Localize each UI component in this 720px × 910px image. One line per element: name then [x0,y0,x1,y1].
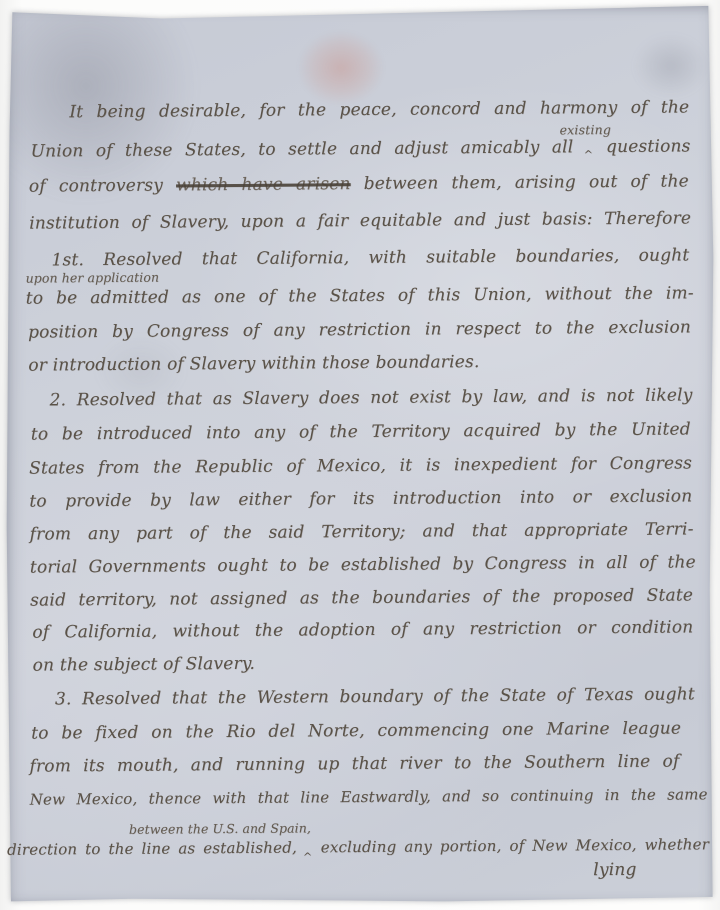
line-text: Union of these States, to settle and adj… [31,137,574,161]
caret-insertion-point: ^ [305,837,313,852]
insertion-text: upon her application [26,270,160,286]
line-text: to provide by law either for its introdu… [29,486,692,511]
handwriting-layer: It being desirable, for the peace, conco… [0,0,720,910]
insertion-text: existing [559,122,611,137]
manuscript-line: New Mexico, thence with that line Eastwa… [30,785,708,808]
line-text: between them, arising out of the [364,171,689,194]
manuscript-line: lying [593,860,636,880]
interlined-insertion: upon her application [26,270,160,286]
line-text: of controversy [29,176,163,197]
line-text: lying [593,860,636,880]
line-text: from its mouth, and running up that rive… [29,752,679,777]
line-text: excluding any portion, of New Mexico, wh… [321,835,709,856]
manuscript-line: to be admitted as one of the States of t… [26,283,694,308]
line-text: 2. Resolved that as Slavery does not exi… [49,385,692,410]
manuscript-line: on the subject of Slavery. [33,654,256,676]
line-text: of California, without the adoption of a… [32,617,693,642]
line-text: New Mexico, thence with that line Eastwa… [30,785,708,808]
manuscript-line: torial Governments ought to be establish… [30,552,696,577]
manuscript-line: to be introduced into any of the Territo… [31,419,691,444]
line-text: to be introduced into any of the Territo… [31,419,691,444]
line-text: position by Congress of any restriction … [28,317,691,342]
manuscript-line: said territory, not assigned as the boun… [30,585,693,610]
manuscript-line: to provide by law either for its introdu… [29,486,692,511]
manuscript-line: or introduction of Slavery within those … [28,352,479,376]
manuscript-line: institution of Slavery, upon a fair equi… [29,208,691,233]
manuscript-line: Union of these States, to settle and adj… [31,134,691,161]
line-text: States from the Republic of Mexico, it i… [29,453,692,478]
line-text: questions [606,136,691,157]
interlined-insertion: existing^ [586,135,594,152]
struck-text: which have arisen [176,174,351,195]
line-text: It being desirable, for the peace, conco… [69,97,689,122]
manuscript-line: of California, without the adoption of a… [32,617,693,642]
manuscript-line: position by Congress of any restriction … [28,317,691,342]
manuscript-line: States from the Republic of Mexico, it i… [29,453,692,478]
caret-mark: ^ [584,148,594,161]
line-text: to be fixed on the Rio del Norte, commen… [31,718,681,743]
line-text: 3. Resolved that the Western boundary of… [55,684,695,709]
line-text: institution of Slavery, upon a fair equi… [29,208,691,233]
manuscript-line: direction to the line as established, ^ … [7,834,709,859]
manuscript-line: 1st. Resolved that California, with suit… [51,245,689,270]
line-text: to be admitted as one of the States of t… [26,283,694,308]
line-text: said territory, not assigned as the boun… [30,585,693,610]
document-scan: It being desirable, for the peace, conco… [0,0,720,910]
line-text: on the subject of Slavery. [33,654,256,676]
interlined-insertion: between the U.S. and Spain, [129,820,311,836]
manuscript-line: from any part of the said Territory; and… [30,519,694,544]
manuscript-line: from its mouth, and running up that rive… [29,752,679,777]
line-text: direction to the line as established, [7,839,297,859]
line-text: torial Governments ought to be establish… [30,552,696,577]
line-text: or introduction of Slavery within those … [28,352,479,376]
manuscript-line: 3. Resolved that the Western boundary of… [55,684,695,709]
manuscript-line: to be fixed on the Rio del Norte, commen… [31,718,681,743]
line-text: from any part of the said Territory; and… [30,519,694,544]
manuscript-line: of controversy which have arisen between… [29,171,689,196]
insertion-text: between the U.S. and Spain, [129,820,311,836]
manuscript-line: It being desirable, for the peace, conco… [69,97,689,122]
caret-mark: ^ [303,850,313,863]
manuscript-line: 2. Resolved that as Slavery does not exi… [49,385,692,410]
line-text: 1st. Resolved that California, with suit… [51,245,689,270]
